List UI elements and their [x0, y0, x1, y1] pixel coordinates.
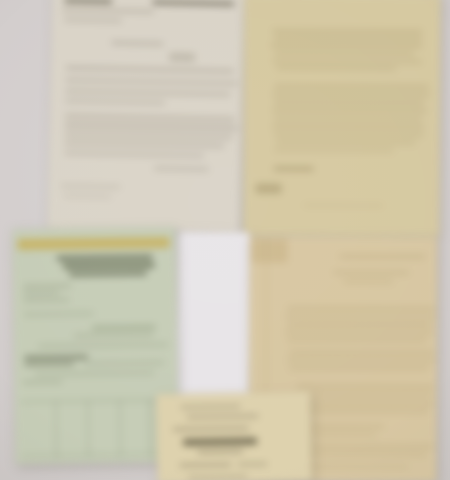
blurred-text-mark — [304, 204, 384, 207]
blurred-text-mark — [18, 237, 170, 250]
blurred-text-mark — [339, 255, 425, 258]
blurred-text-mark — [149, 399, 152, 457]
blurred-text-mark — [297, 385, 435, 388]
blurred-text-mark — [293, 393, 433, 396]
blurred-text-mark — [173, 427, 249, 431]
blurred-text-mark — [343, 280, 393, 283]
blurred-text-mark — [274, 85, 429, 89]
blurred-text-mark — [285, 331, 433, 335]
blurred-text-mark — [64, 18, 122, 22]
blurred-text-mark — [65, 89, 230, 95]
blurred-text-mark — [274, 133, 424, 137]
blurred-text-mark — [272, 93, 430, 97]
blurred-text-mark — [23, 284, 71, 288]
blurred-text-mark — [180, 405, 240, 409]
blurred-text-mark — [23, 292, 59, 296]
blurred-text-mark — [285, 315, 435, 319]
blurred-text-mark — [63, 194, 111, 198]
blurred-text-mark — [291, 410, 429, 413]
blurred-text-mark — [197, 450, 243, 454]
blurred-text-mark — [272, 30, 422, 34]
blurred-text-mark — [87, 400, 90, 458]
blurred-text-mark — [22, 380, 62, 384]
blurred-text-mark — [92, 325, 156, 330]
blurred-text-mark — [66, 78, 238, 85]
blurred-text-mark — [274, 117, 422, 121]
blurred-text-mark — [154, 166, 209, 171]
blurred-text-mark — [276, 67, 396, 71]
blurred-text-mark — [187, 415, 259, 419]
photograph-of-documents — [0, 0, 450, 480]
document-cream-typed-letter — [48, 0, 245, 232]
blurred-text-mark — [119, 400, 122, 458]
blurred-text-mark — [251, 239, 287, 263]
blurred-text-mark — [74, 333, 154, 337]
blurred-text-mark — [276, 141, 416, 145]
blurred-text-mark — [274, 101, 424, 105]
blurred-text-mark — [55, 401, 58, 459]
blurred-text-mark — [84, 361, 164, 365]
blurred-text-mark — [64, 0, 112, 3]
blurred-text-mark — [62, 8, 154, 13]
blurred-text-mark — [69, 271, 147, 276]
blurred-text-mark — [64, 151, 204, 157]
document-tan-letter — [243, 0, 440, 237]
blurred-text-mark — [34, 371, 154, 376]
blurred-text-mark — [111, 41, 163, 45]
blurred-text-mark — [65, 123, 238, 130]
blurred-text-mark — [287, 339, 427, 342]
blurred-text-mark — [57, 255, 153, 260]
blurred-text-mark — [169, 52, 195, 62]
blurred-text-mark — [60, 184, 120, 188]
blurred-text-mark — [287, 323, 432, 327]
document-small-note — [156, 392, 312, 480]
blurred-text-mark — [274, 167, 314, 171]
blurred-text-mark — [274, 149, 394, 153]
blurred-text-mark — [188, 475, 248, 479]
blurred-text-mark — [63, 263, 155, 268]
document-green-form — [12, 227, 178, 464]
blurred-text-mark — [152, 0, 234, 6]
blurred-text-mark — [64, 132, 232, 139]
paper-layer — [0, 0, 450, 480]
blurred-text-mark — [289, 367, 429, 370]
blurred-text-mark — [333, 271, 409, 274]
blurred-text-mark — [24, 355, 88, 360]
blurred-text-mark — [24, 312, 94, 316]
blurred-text-mark — [274, 37, 422, 41]
blurred-text-mark — [287, 307, 435, 311]
blurred-text-mark — [287, 359, 435, 363]
blurred-text-mark — [65, 99, 165, 104]
blurred-text-mark — [64, 141, 224, 147]
blurred-text-mark — [289, 402, 434, 406]
blurred-text-mark — [272, 125, 424, 129]
blurred-text-mark — [256, 184, 282, 194]
blurred-text-mark — [274, 52, 414, 56]
blurred-text-mark — [272, 60, 422, 64]
blurred-text-mark — [179, 463, 231, 467]
blurred-text-mark — [38, 343, 168, 348]
blurred-text-mark — [66, 66, 234, 73]
blurred-text-mark — [289, 351, 434, 355]
blurred-text-mark — [183, 438, 257, 446]
blurred-text-mark — [65, 114, 235, 121]
blurred-text-mark — [272, 109, 427, 113]
blurred-text-mark — [270, 44, 422, 48]
blurred-text-mark — [23, 298, 69, 302]
blurred-text-mark — [237, 462, 267, 466]
blurred-text-mark — [24, 362, 74, 366]
